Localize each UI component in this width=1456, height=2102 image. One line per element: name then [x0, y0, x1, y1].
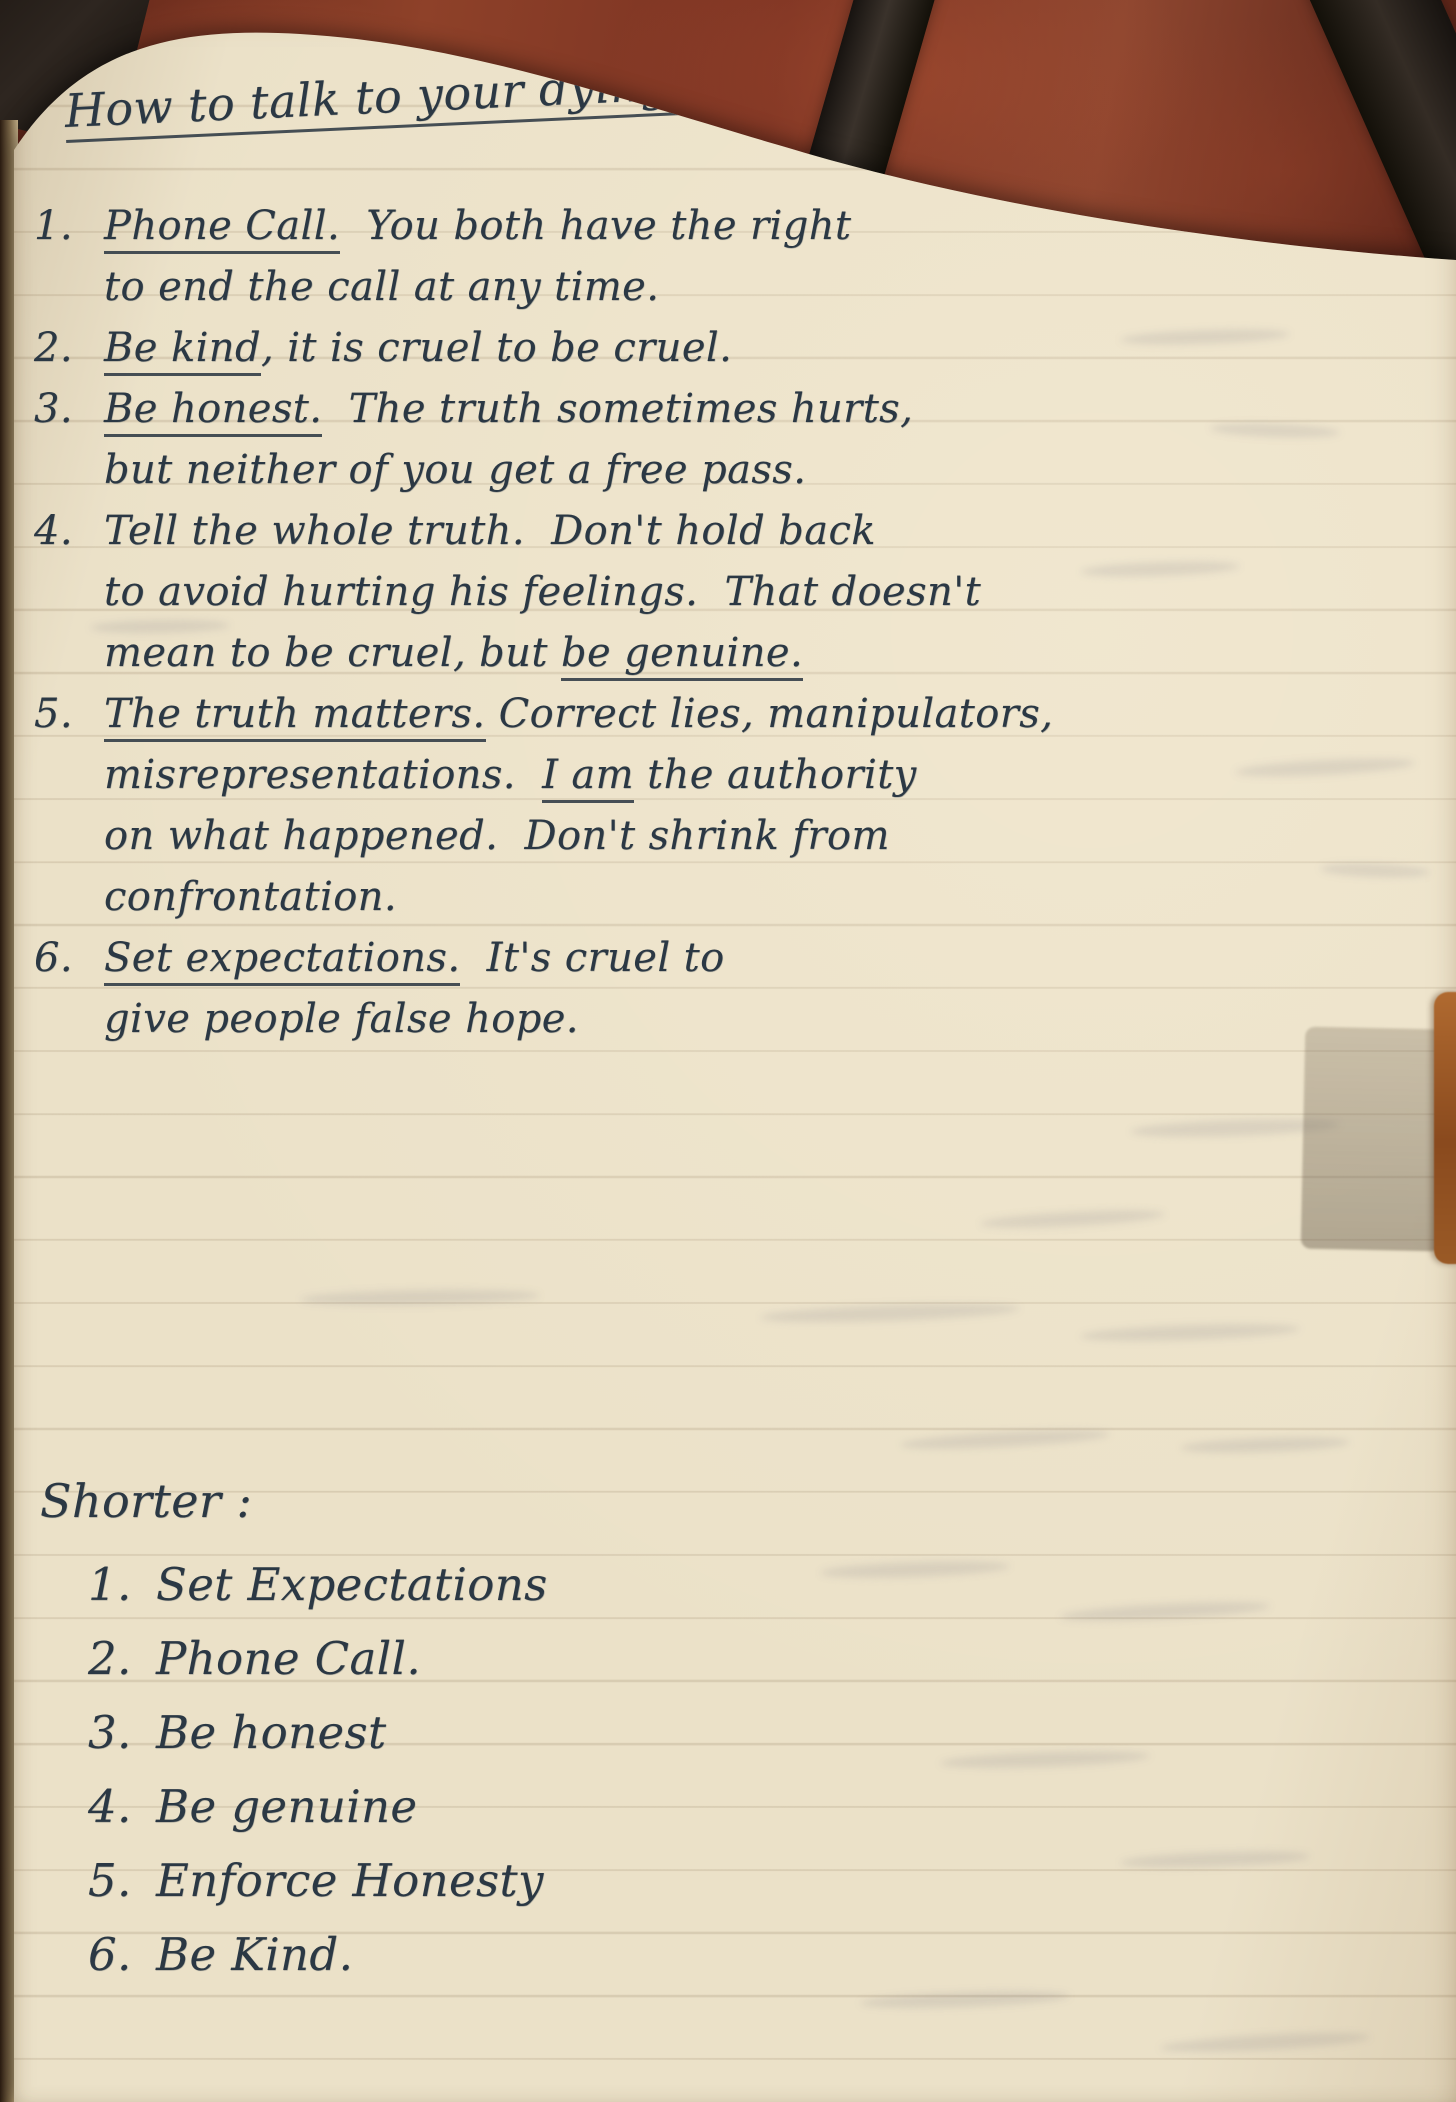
- list-item: 4.Tell the whole truth. Don't hold backt…: [34, 501, 1134, 684]
- handwritten-line: on what happened. Don't shrink from: [104, 806, 1134, 867]
- shorter-list-item: 3.Be honest: [88, 1696, 548, 1770]
- shorter-list-item: 2.Phone Call.: [88, 1622, 548, 1696]
- page-wrap: How to talk to your dying parent. 1.Phon…: [0, 0, 1456, 2102]
- list-item: 6.Set expectations. It's cruel togive pe…: [34, 928, 1134, 1050]
- underlined-phrase: Be kind: [104, 325, 261, 376]
- shorter-list-item: 5.Enforce Honesty: [88, 1844, 548, 1918]
- tape-patch: [1301, 1027, 1446, 1252]
- item-number: 1.: [34, 196, 94, 318]
- item-number: 5.: [34, 684, 94, 928]
- ink-bleed-through: [860, 1988, 1070, 2010]
- ink-bleed-through: [1320, 862, 1430, 879]
- text-segment: mean to be cruel, but: [104, 630, 561, 676]
- notebook-photo: How to talk to your dying parent. 1.Phon…: [0, 0, 1456, 2102]
- item-lines: Set expectations. It's cruel togive peop…: [104, 928, 1134, 1050]
- item-number: 3.: [34, 379, 94, 501]
- item-text: Be Kind.: [156, 1918, 548, 1992]
- item-text: Be honest: [156, 1696, 548, 1770]
- item-text: Phone Call.: [156, 1622, 548, 1696]
- item-number: 6.: [34, 928, 94, 1050]
- item-number: 4.: [34, 501, 94, 684]
- list-item: 3.Be honest. The truth sometimes hurts,b…: [34, 379, 1134, 501]
- text-segment: confrontation.: [104, 874, 397, 920]
- text-segment: Tell the whole truth. Don't hold back: [104, 508, 876, 554]
- item-number: 4.: [88, 1770, 146, 1844]
- item-text: Be genuine: [156, 1770, 548, 1844]
- item-number: 3.: [88, 1696, 146, 1770]
- handwritten-line: The truth matters. Correct lies, manipul…: [104, 684, 1134, 745]
- list-item: 1.Phone Call. You both have the rightto …: [34, 196, 1134, 318]
- text-segment: to avoid hurting his feelings. That does…: [104, 569, 981, 615]
- shorter-list-item: 4.Be genuine: [88, 1770, 548, 1844]
- item-number: 6.: [88, 1918, 146, 1992]
- ink-bleed-through: [980, 1207, 1165, 1231]
- shorter-list-item: 1.Set Expectations: [88, 1548, 548, 1622]
- leather-fragment-right-edge: [1434, 992, 1456, 1264]
- ink-bleed-through: [980, 166, 1211, 194]
- list-item: 5.The truth matters. Correct lies, manip…: [34, 684, 1134, 928]
- ink-bleed-through: [1120, 1849, 1310, 1871]
- ink-bleed-through: [1160, 2030, 1370, 2056]
- item-number: 5.: [88, 1844, 146, 1918]
- ink-bleed-through: [760, 1300, 1020, 1325]
- handwritten-line: to avoid hurting his feelings. That does…: [104, 562, 1134, 623]
- shorter-list-item: 6.Be Kind.: [88, 1918, 548, 1992]
- text-segment: misrepresentations.: [104, 752, 542, 798]
- underlined-phrase: I am: [542, 752, 634, 803]
- handwritten-line: misrepresentations. I am the authority: [104, 745, 1134, 806]
- item-lines: Phone Call. You both have the rightto en…: [104, 196, 1134, 318]
- handwritten-line: Phone Call. You both have the right: [104, 196, 1134, 257]
- underlined-phrase: be genuine.: [561, 630, 803, 681]
- handwritten-line: but neither of you get a free pass.: [104, 440, 1134, 501]
- item-lines: The truth matters. Correct lies, manipul…: [104, 684, 1134, 928]
- text-segment: , it is cruel to be cruel.: [261, 325, 732, 371]
- handwritten-line: give people false hope.: [104, 989, 1134, 1050]
- text-segment: You both have the right: [340, 203, 851, 249]
- item-lines: Be honest. The truth sometimes hurts,but…: [104, 379, 1134, 501]
- text-segment: give people false hope.: [104, 996, 579, 1042]
- handwritten-line: confrontation.: [104, 867, 1134, 928]
- ink-bleed-through: [940, 1748, 1150, 1770]
- ink-bleed-through: [1210, 422, 1340, 440]
- ink-bleed-through: [900, 1427, 1110, 1453]
- text-segment: on what happened. Don't shrink from: [104, 813, 890, 859]
- title-underlined-text: How to talk to your dying parent.: [64, 48, 858, 143]
- text-segment: It's cruel to: [460, 935, 724, 981]
- text-segment: The truth sometimes hurts,: [322, 386, 913, 432]
- item-number: 1.: [88, 1548, 146, 1622]
- underlined-phrase: Be honest.: [104, 386, 322, 437]
- page-title: How to talk to your dying parent.: [64, 48, 858, 138]
- underlined-phrase: Phone Call.: [104, 203, 340, 254]
- shorter-list: 1.Set Expectations2.Phone Call.3.Be hone…: [88, 1548, 548, 1992]
- item-text: Set Expectations: [156, 1548, 548, 1622]
- text-segment: Correct lies, manipulators,: [486, 691, 1054, 737]
- handwritten-line: Be kind, it is cruel to be cruel.: [104, 318, 1134, 379]
- handwritten-line: to end the call at any time.: [104, 257, 1134, 318]
- ink-bleed-through: [1180, 1435, 1350, 1455]
- ink-bleed-through: [1120, 327, 1290, 347]
- handwritten-line: mean to be cruel, but be genuine.: [104, 623, 1134, 684]
- text-segment: but neither of you get a free pass.: [104, 447, 806, 493]
- text-segment: the authority: [634, 752, 917, 798]
- ink-bleed-through: [1080, 1321, 1300, 1344]
- item-text: Enforce Honesty: [156, 1844, 548, 1918]
- item-number: 2.: [88, 1622, 146, 1696]
- shorter-heading: Shorter :: [40, 1474, 252, 1528]
- item-number: 2.: [34, 318, 94, 379]
- list-item: 2.Be kind, it is cruel to be cruel.: [34, 318, 1134, 379]
- underlined-phrase: The truth matters.: [104, 691, 486, 742]
- notebook-page: How to talk to your dying parent. 1.Phon…: [0, 0, 1456, 2102]
- text-segment: to end the call at any time.: [104, 264, 659, 310]
- underlined-phrase: Set expectations.: [104, 935, 460, 986]
- handwritten-line: Tell the whole truth. Don't hold back: [104, 501, 1134, 562]
- ink-bleed-through: [300, 1288, 540, 1307]
- ink-bleed-through: [820, 1559, 1010, 1581]
- item-lines: Be kind, it is cruel to be cruel.: [104, 318, 1134, 379]
- ink-bleed-through: [1060, 1599, 1270, 1625]
- handwritten-line: Be honest. The truth sometimes hurts,: [104, 379, 1134, 440]
- item-lines: Tell the whole truth. Don't hold backto …: [104, 501, 1134, 684]
- ink-bleed-through: [1235, 755, 1416, 779]
- handwritten-line: Set expectations. It's cruel to: [104, 928, 1134, 989]
